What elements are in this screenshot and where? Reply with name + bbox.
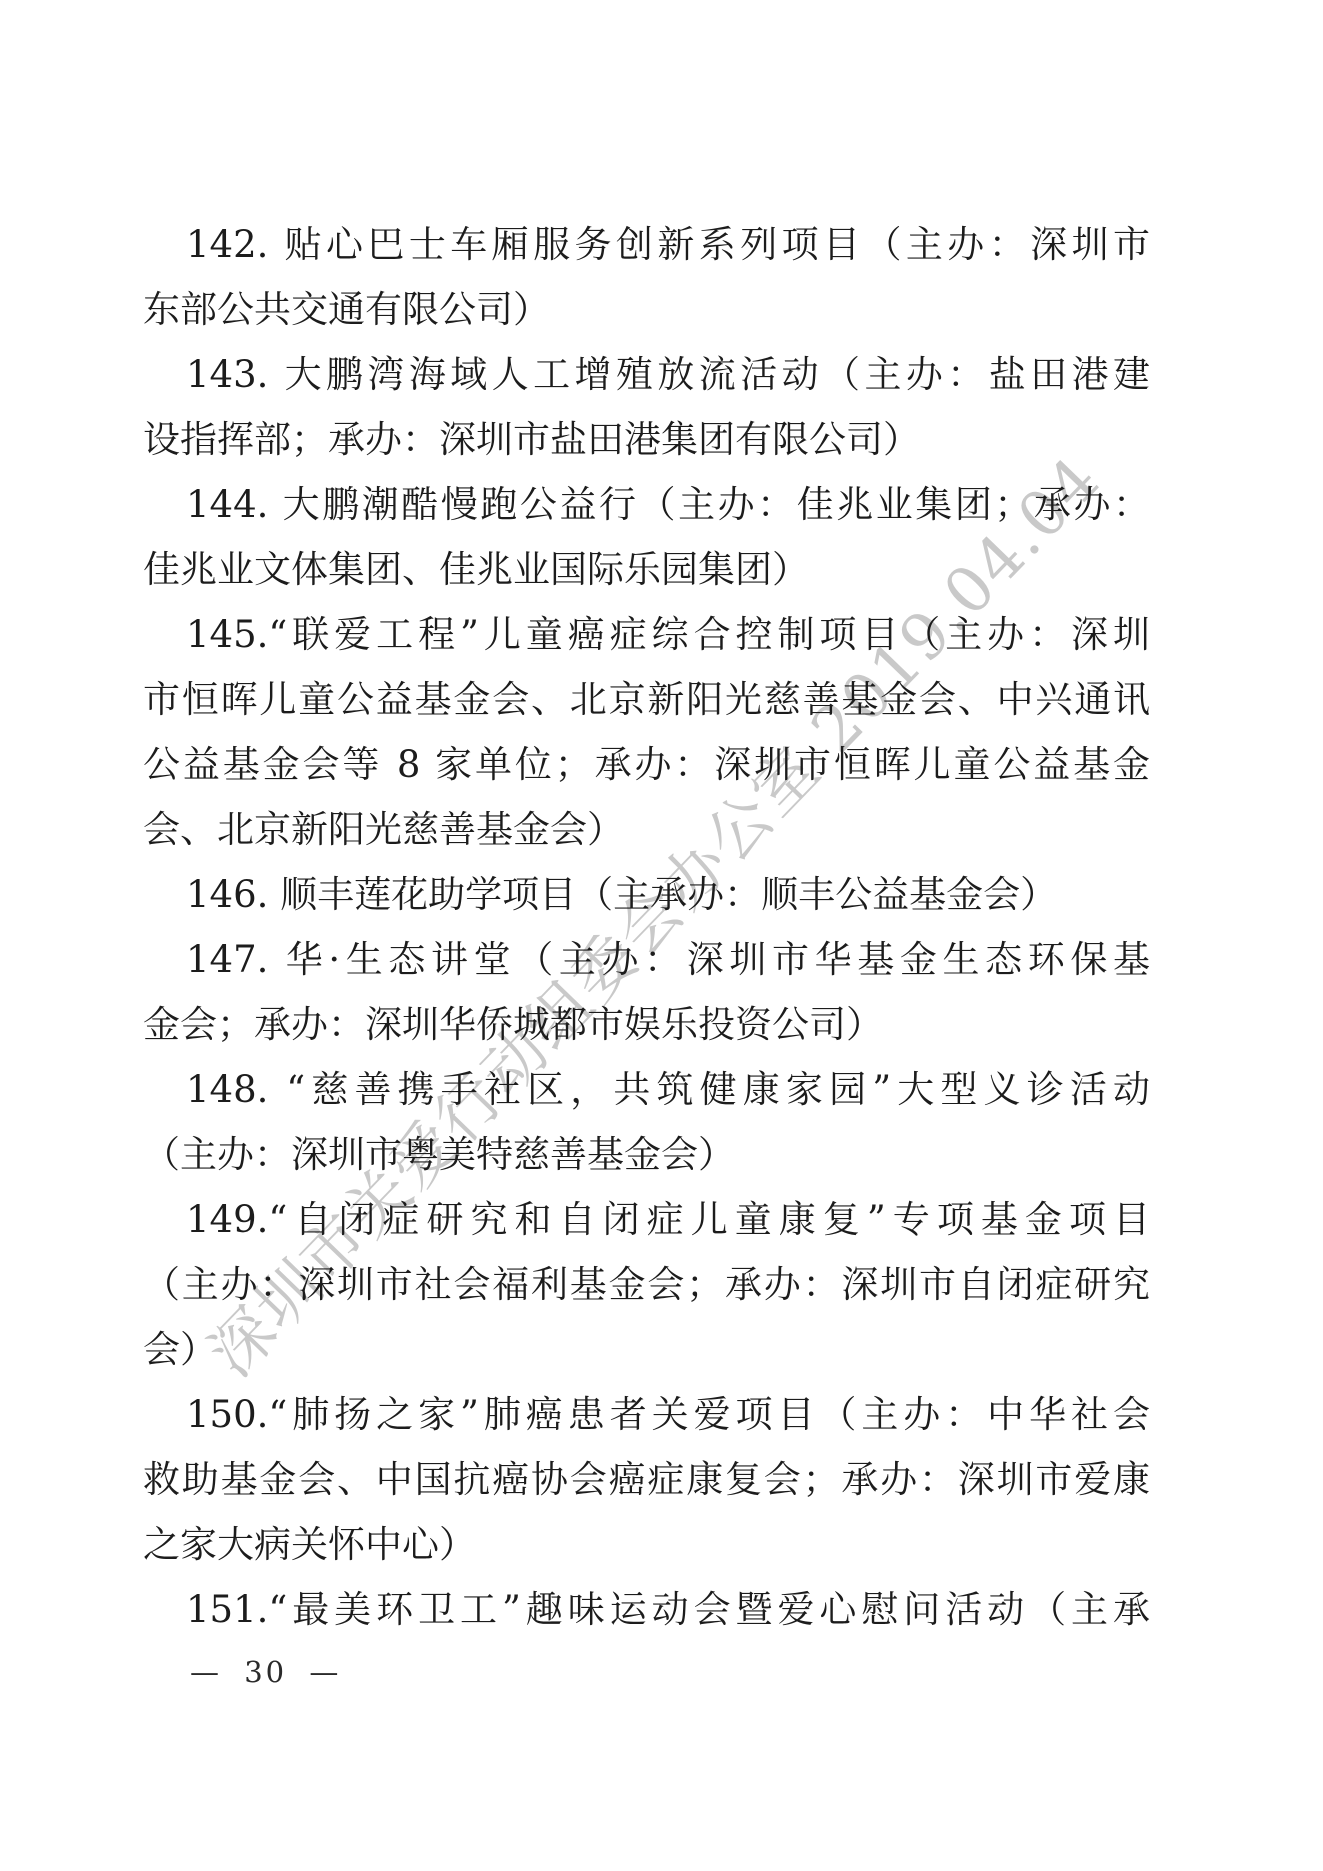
document-line: 之家大病关怀中心） [143, 1512, 1150, 1577]
document-line: 142. 贴心巴士车厢服务创新系列项目（主办：深圳市 [143, 212, 1150, 277]
document-line: 救助基金会、中国抗癌协会癌症康复会；承办：深圳市爱康 [143, 1447, 1150, 1512]
document-line: 148. “慈善携手社区，共筑健康家园”大型义诊活动 [143, 1057, 1150, 1122]
document-line: （主办：深圳市粤美特慈善基金会） [143, 1122, 1150, 1187]
document-line: 佳兆业文体集团、佳兆业国际乐园集团） [143, 537, 1150, 602]
document-line: 145.“联爱工程”儿童癌症综合控制项目（主办：深圳 [143, 602, 1150, 667]
document-line: （主办：深圳市社会福利基金会；承办：深圳市自闭症研究 [143, 1252, 1150, 1317]
document-line: 公益基金会等 8 家单位；承办：深圳市恒晖儿童公益基金 [143, 732, 1150, 797]
document-body: 142. 贴心巴士车厢服务创新系列项目（主办：深圳市东部公共交通有限公司）143… [143, 212, 1150, 1642]
document-line: 151.“最美环卫工”趣味运动会暨爱心慰问活动（主承 [143, 1577, 1150, 1642]
document-line: 146. 顺丰莲花助学项目（主承办：顺丰公益基金会） [143, 862, 1150, 927]
document-line: 东部公共交通有限公司） [143, 277, 1150, 342]
document-line: 设指挥部；承办：深圳市盐田港集团有限公司） [143, 407, 1150, 472]
document-page: 深圳市关爱行动组委会办公室 2019.04.04 142. 贴心巴士车厢服务创新… [0, 0, 1323, 1871]
page-number: — 30 — [190, 1655, 341, 1689]
document-line: 会、北京新阳光慈善基金会） [143, 797, 1150, 862]
document-line: 150.“肺扬之家”肺癌患者关爱项目（主办：中华社会 [143, 1382, 1150, 1447]
document-line: 147. 华·生态讲堂（主办：深圳市华基金生态环保基 [143, 927, 1150, 992]
document-line: 143. 大鹏湾海域人工增殖放流活动（主办：盐田港建 [143, 342, 1150, 407]
document-line: 149.“自闭症研究和自闭症儿童康复”专项基金项目 [143, 1187, 1150, 1252]
document-line: 会） [143, 1317, 1150, 1382]
document-line: 144. 大鹏潮酷慢跑公益行（主办：佳兆业集团；承办： [143, 472, 1150, 537]
document-line: 金会；承办：深圳华侨城都市娱乐投资公司） [143, 992, 1150, 1057]
document-line: 市恒晖儿童公益基金会、北京新阳光慈善基金会、中兴通讯 [143, 667, 1150, 732]
